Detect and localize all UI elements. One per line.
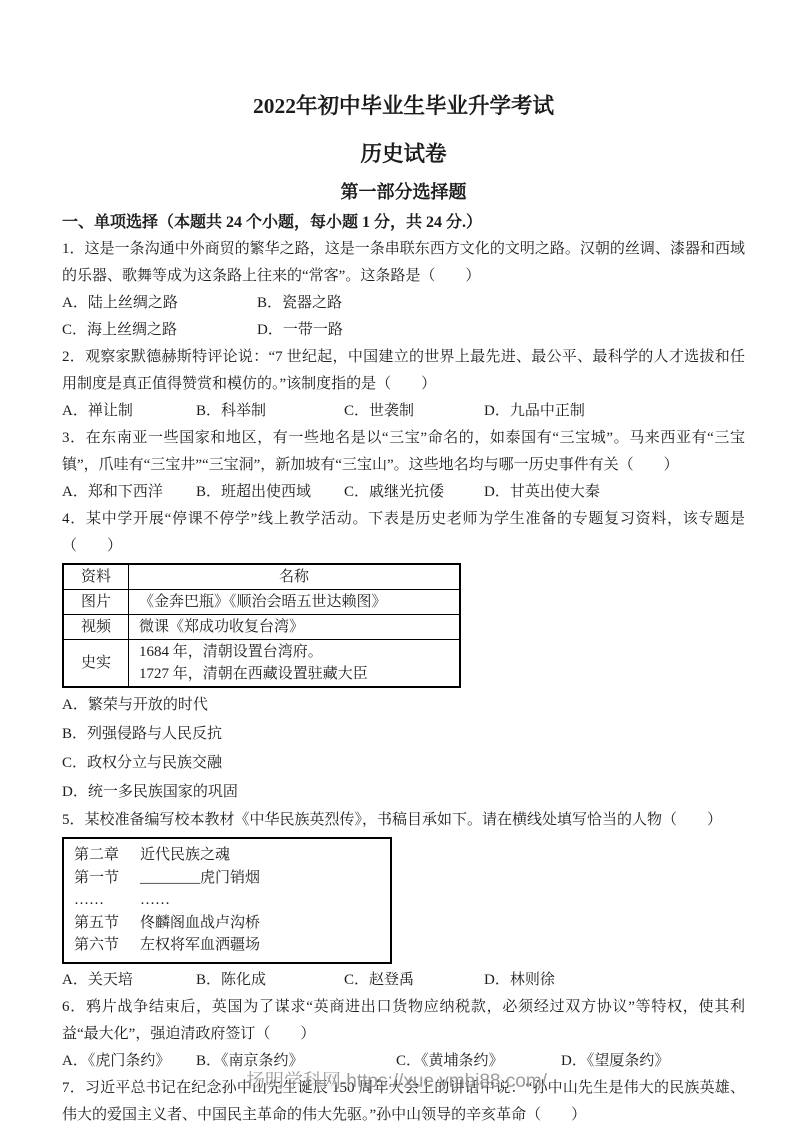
table-cell: 微课《郑成功收复台湾》 <box>129 615 461 640</box>
question-3: 3．在东南亚一些国家和地区，有一些地名是以“三宝”命名的，如泰国有“三宝城”。马… <box>62 425 745 506</box>
table-cell: 《金奔巴瓶》《顺治会晤五世达赖图》 <box>129 590 461 615</box>
catalog-line: 第二章 近代民族之魂 <box>74 844 382 867</box>
question-stem: 2．观察家默德赫斯特评论说：“7 世纪起，中国建立的世界上最先进、最公平、最科学… <box>62 344 745 398</box>
option-row: A．陆上丝绸之路 B．瓷器之路 <box>62 290 745 317</box>
exam-subtitle: 历史试卷 <box>62 140 745 168</box>
catalog-label: 第五节 <box>74 912 140 935</box>
option-c: C．政权分立与民族交融 <box>62 749 745 778</box>
question-6: 6．鸦片战争结束后，英国为了谋求“英商进出口货物应纳税款，必须经过双方协议”等特… <box>62 994 745 1075</box>
option-row: A．禅让制 B．科举制 C．世袭制 D．九品中正制 <box>62 398 745 425</box>
option-a: A．关天培 <box>62 967 196 994</box>
table-cell: 图片 <box>63 590 129 615</box>
table-header-row: 资料 名称 <box>63 564 460 590</box>
table-row: 图片 《金奔巴瓶》《顺治会晤五世达赖图》 <box>63 590 460 615</box>
catalog-label: …… <box>74 889 140 912</box>
option-d: D．九品中正制 <box>484 398 585 425</box>
option-a: A．禅让制 <box>62 398 196 425</box>
table-cell: 史实 <box>63 640 129 688</box>
option-b: B．瓷器之路 <box>257 290 342 317</box>
catalog-text: 近代民族之魂 <box>140 844 382 867</box>
exam-title: 2022年初中毕业生毕业升学考试 <box>62 92 745 120</box>
book-catalog-box: 第二章 近代民族之魂 第一节 ________虎门销烟 …… …… 第五节 佟麟… <box>62 837 392 964</box>
option-b: B．陈化成 <box>196 967 344 994</box>
option-row: C．海上丝绸之路 D．一带一路 <box>62 317 745 344</box>
option-b: B．科举制 <box>196 398 344 425</box>
table-header-cell: 名称 <box>129 564 461 590</box>
option-row: A．关天培 B．陈化成 C．赵登禹 D．林则徐 <box>62 967 745 994</box>
catalog-line: 第六节 左权将军血洒疆场 <box>74 934 382 957</box>
option-c: C．海上丝绸之路 <box>62 317 257 344</box>
option-a: A．繁荣与开放的时代 <box>62 691 745 720</box>
table-cell: 1684 年，清朝设置台湾府。 1727 年，清朝在西藏设置驻藏大臣 <box>129 640 461 688</box>
question-1: 1．这是一条沟通中外商贸的繁华之路，这是一条串联东西方文化的文明之路。汉朝的丝调… <box>62 236 745 344</box>
option-a: A．郑和下西洋 <box>62 479 196 506</box>
question-stem: 1．这是一条沟通中外商贸的繁华之路，这是一条串联东西方文化的文明之路。汉朝的丝调… <box>62 236 745 290</box>
table-cell: 视频 <box>63 615 129 640</box>
catalog-label: 第一节 <box>74 867 140 890</box>
catalog-text: 左权将军血洒疆场 <box>140 934 382 957</box>
catalog-line: 第五节 佟麟阁血战卢沟桥 <box>74 912 382 935</box>
catalog-label: 第二章 <box>74 844 140 867</box>
option-b: B．列强侵路与人民反抗 <box>62 720 745 749</box>
option-c: C．世袭制 <box>344 398 484 425</box>
question-stem: 5．某校准备编写校本教材《中华民族英烈传》，书稿目承如下。请在横线处填写恰当的人… <box>62 807 745 834</box>
catalog-line: 第一节 ________虎门销烟 <box>74 867 382 890</box>
option-row: A．郑和下西洋 B．班超出使西域 C．戚继光抗倭 D．甘英出使大秦 <box>62 479 745 506</box>
catalog-text: …… <box>140 889 382 912</box>
option-c: C．赵登禹 <box>344 967 484 994</box>
option-b: B．班超出使西域 <box>196 479 344 506</box>
catalog-label: 第六节 <box>74 934 140 957</box>
option-a: A．陆上丝绸之路 <box>62 290 257 317</box>
catalog-text: 佟麟阁血战卢沟桥 <box>140 912 382 935</box>
part-heading: 第一部分选择题 <box>62 180 745 204</box>
question-stem: 3．在东南亚一些国家和地区，有一些地名是以“三宝”命名的，如泰国有“三宝城”。马… <box>62 425 745 479</box>
option-d: D．一带一路 <box>257 317 343 344</box>
question-5: 5．某校准备编写校本教材《中华民族英烈传》，书稿目承如下。请在横线处填写恰当的人… <box>62 807 745 994</box>
question-2: 2．观察家默德赫斯特评论说：“7 世纪起，中国建立的世界上最先进、最公平、最科学… <box>62 344 745 425</box>
catalog-line: …… …… <box>74 889 382 912</box>
site-watermark: 扬明学科网 https://xue.ymbj88.com/ <box>0 1070 793 1094</box>
table-header-cell: 资料 <box>63 564 129 590</box>
catalog-text: ________虎门销烟 <box>140 867 382 890</box>
review-material-table: 资料 名称 图片 《金奔巴瓶》《顺治会晤五世达赖图》 视频 微课《郑成功收复台湾… <box>62 563 461 688</box>
option-c: C．戚继光抗倭 <box>344 479 484 506</box>
question-stem: 4．某中学开展“停课不停学”线上教学活动。下表是历史老师为学生准备的专题复习资料… <box>62 506 745 560</box>
option-d: D．统一多民族国家的巩固 <box>62 778 745 807</box>
exam-page: 2022年初中毕业生毕业升学考试 历史试卷 第一部分选择题 一、单项选择（本题共… <box>0 0 793 1122</box>
table-row: 史实 1684 年，清朝设置台湾府。 1727 年，清朝在西藏设置驻藏大臣 <box>63 640 460 688</box>
table-row: 视频 微课《郑成功收复台湾》 <box>63 615 460 640</box>
section-heading: 一、单项选择（本题共 24 个小题，每小题 1 分，共 24 分.） <box>62 210 745 236</box>
option-d: D．甘英出使大秦 <box>484 479 600 506</box>
question-stem: 6．鸦片战争结束后，英国为了谋求“英商进出口货物应纳税款，必须经过双方协议”等特… <box>62 994 745 1048</box>
question-4: 4．某中学开展“停课不停学”线上教学活动。下表是历史老师为学生准备的专题复习资料… <box>62 506 745 807</box>
option-d: D．林则徐 <box>484 967 555 994</box>
